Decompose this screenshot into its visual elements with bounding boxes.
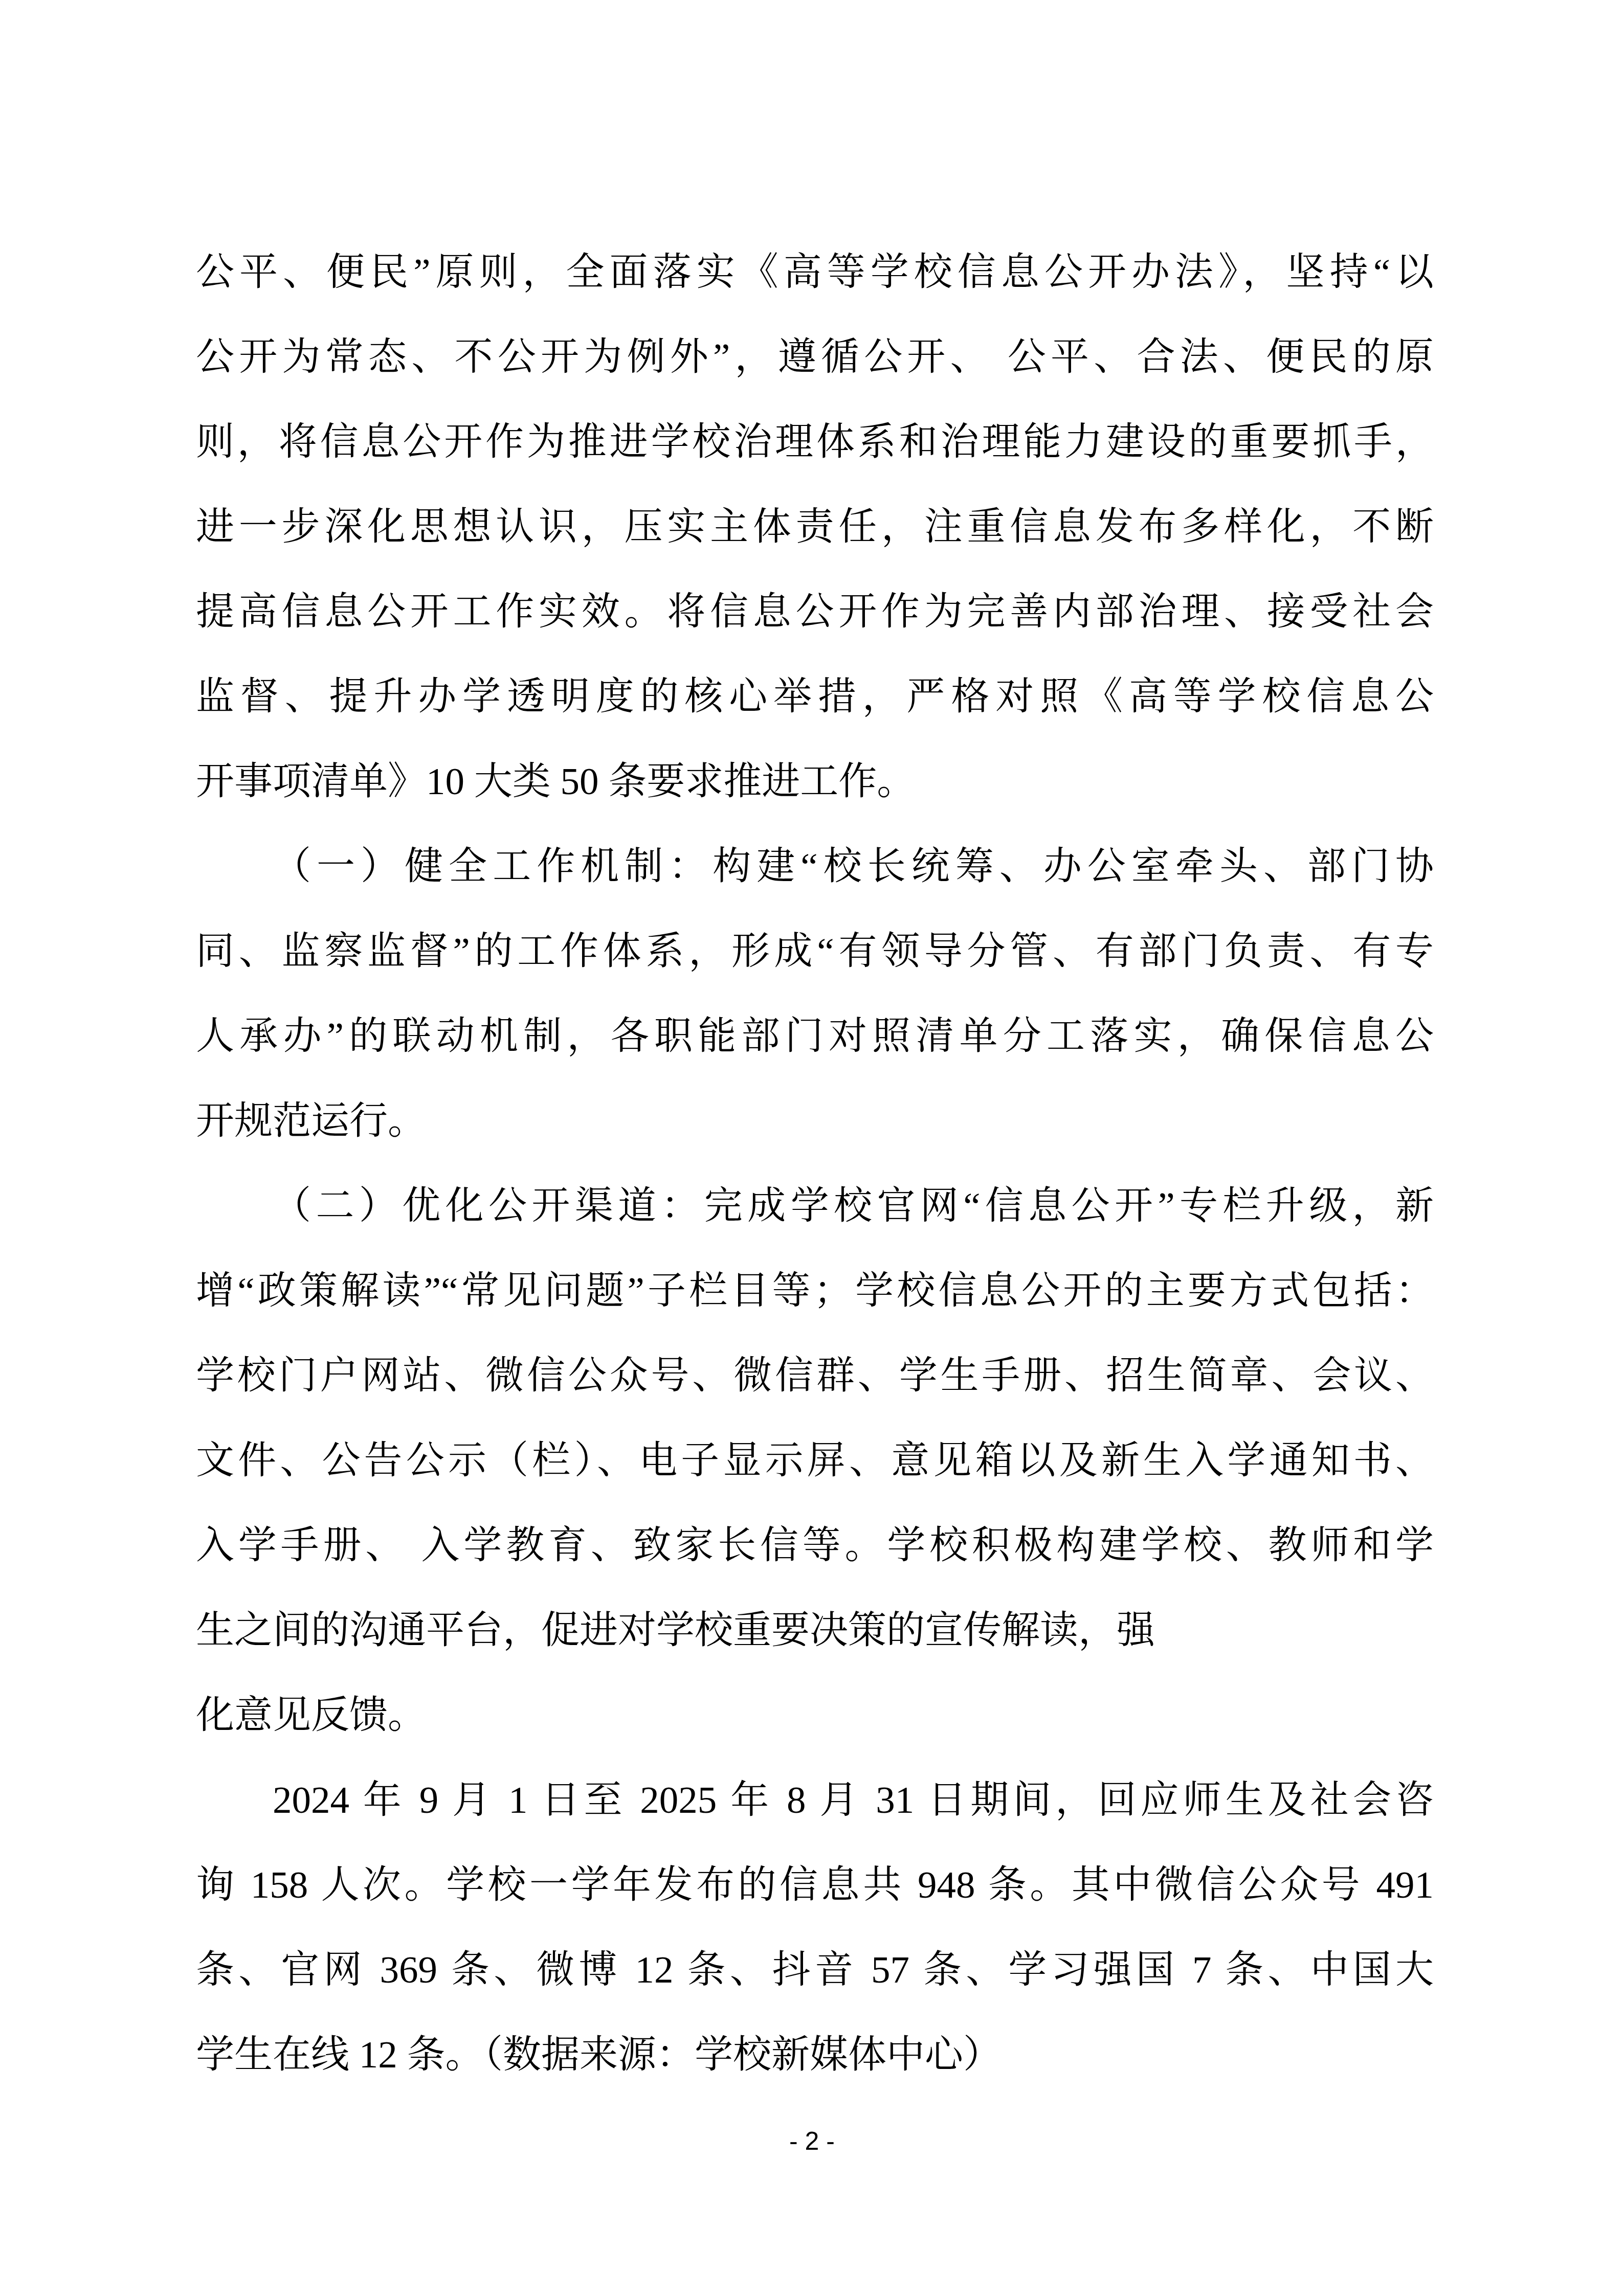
- text-line-16: 入学手册、 入学教育、致家长信等。学校积极构建学校、教师和学: [196, 1503, 1434, 1588]
- text-line-06: 监督、提升办学透明度的核心举措，严格对照《高等学校信息公: [196, 655, 1434, 739]
- text-line-08: （一）健全工作机制：构建“校长统筹、办公室牵头、部门协: [196, 824, 1434, 909]
- text-line-12: （二）优化公开渠道：完成学校官网“信息公开”专栏升级，新: [196, 1164, 1434, 1249]
- paragraph-section-2: （二）优化公开渠道：完成学校官网“信息公开”专栏升级，新 增“政策解读”“常见问…: [196, 1164, 1434, 1758]
- text-line-11: 开规范运行。: [196, 1079, 1434, 1164]
- page-number: - 2 -: [0, 2126, 1624, 2156]
- text-line-01: 公平、便民”原则，全面落实《高等学校信息公开办法》，坚持“以: [196, 230, 1434, 315]
- paragraph-continuation: 公平、便民”原则，全面落实《高等学校信息公开办法》，坚持“以 公开为常态、不公开…: [196, 230, 1434, 824]
- text-line-10: 人承办”的联动机制，各职能部门对照清单分工落实，确保信息公: [196, 994, 1434, 1079]
- text-line-20: 询 158 人次。学校一学年发布的信息共 948 条。其中微信公众号 491: [196, 1843, 1434, 1928]
- text-line-18: 化意见反馈。: [196, 1673, 1434, 1758]
- text-line-09: 同、监察监督”的工作体系，形成“有领导分管、有部门负责、有专: [196, 909, 1434, 994]
- text-line-04: 进一步深化思想认识，压实主体责任，注重信息发布多样化，不断: [196, 485, 1434, 570]
- text-line-13: 增“政策解读”“常见问题”子栏目等；学校信息公开的主要方式包括：: [196, 1249, 1434, 1334]
- text-line-07: 开事项清单》10 大类 50 条要求推进工作。: [196, 739, 1434, 824]
- text-line-17: 生之间的沟通平台，促进对学校重要决策的宣传解读，强: [196, 1588, 1434, 1673]
- text-line-05: 提高信息公开工作实效。将信息公开作为完善内部治理、接受社会: [196, 570, 1434, 655]
- text-line-19: 2024 年 9 月 1 日至 2025 年 8 月 31 日期间，回应师生及社…: [196, 1758, 1434, 1843]
- text-line-03: 则，将信息公开作为推进学校治理体系和治理能力建设的重要抓手，: [196, 400, 1434, 485]
- document-body: 公平、便民”原则，全面落实《高等学校信息公开办法》，坚持“以 公开为常态、不公开…: [196, 230, 1434, 2098]
- text-line-14: 学校门户网站、微信公众号、微信群、学生手册、招生简章、会议、: [196, 1334, 1434, 1419]
- text-line-21: 条、官网 369 条、微博 12 条、抖音 57 条、学习强国 7 条、中国大: [196, 1928, 1434, 2013]
- paragraph-section-1: （一）健全工作机制：构建“校长统筹、办公室牵头、部门协 同、监察监督”的工作体系…: [196, 824, 1434, 1164]
- text-line-22: 学生在线 12 条。（数据来源：学校新媒体中心）: [196, 2013, 1434, 2098]
- text-line-02: 公开为常态、不公开为例外”，遵循公开、 公平、合法、便民的原: [196, 315, 1434, 400]
- document-page: 公平、便民”原则，全面落实《高等学校信息公开办法》，坚持“以 公开为常态、不公开…: [0, 0, 1624, 2296]
- paragraph-statistics: 2024 年 9 月 1 日至 2025 年 8 月 31 日期间，回应师生及社…: [196, 1758, 1434, 2098]
- text-line-15: 文件、公告公示（栏）、电子显示屏、意见箱以及新生入学通知书、: [196, 1419, 1434, 1503]
